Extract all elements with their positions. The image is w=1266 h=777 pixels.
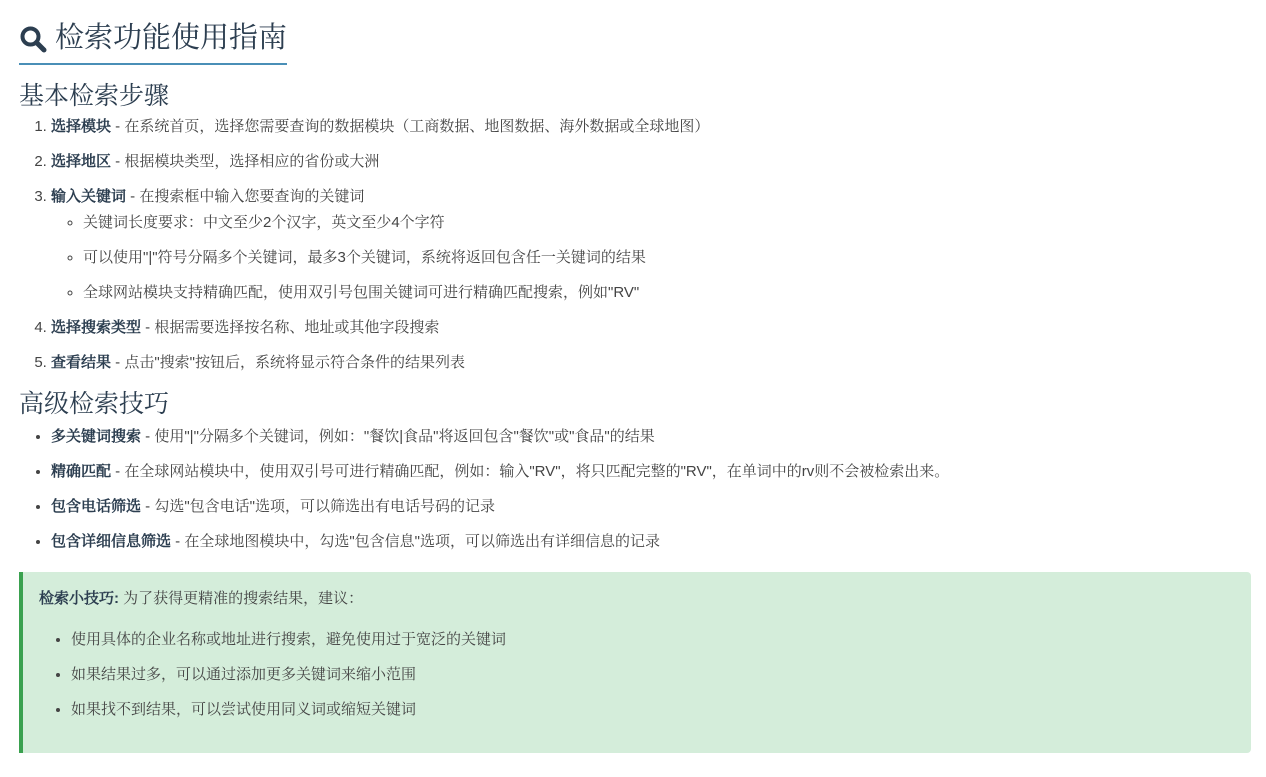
step-text: - 根据需要选择按名称、地址或其他字段搜索 (141, 319, 439, 336)
step-text: - 在系统首页，选择您需要查询的数据模块（工商数据、地图数据、海外数据或全球地图… (111, 118, 709, 135)
callout-label: 检索小技巧: (39, 590, 119, 607)
tip-item: 多关键词搜索 - 使用"|"分隔多个关键词，例如："餐饮|食品"将返回包含"餐饮… (51, 426, 1250, 447)
step-label: 选择搜索类型 (51, 319, 141, 336)
title-wrap: 检索功能使用指南 (19, 0, 1250, 65)
tip-item: 包含详细信息筛选 - 在全球地图模块中，勾选"包含信息"选项，可以筛选出有详细信… (51, 531, 1250, 552)
tip-text: - 在全球网站模块中，使用双引号可进行精确匹配，例如：输入"RV"，将只匹配完整… (111, 463, 949, 480)
search-tips-callout: 检索小技巧: 为了获得更精准的搜索结果，建议： 使用具体的企业名称或地址进行搜索… (19, 572, 1251, 753)
step-item: 选择地区 - 根据模块类型，选择相应的省份或大洲 (51, 151, 1250, 172)
callout-item: 如果找不到结果，可以尝试使用同义词或缩短关键词 (71, 699, 1235, 720)
step-item: 查看结果 - 点击"搜索"按钮后，系统将显示符合条件的结果列表 (51, 352, 1250, 373)
step-text: - 根据模块类型，选择相应的省份或大洲 (111, 153, 379, 170)
step-label: 选择模块 (51, 118, 111, 135)
step-text: - 在搜索框中输入您要查询的关键词 (126, 188, 364, 205)
tip-label: 包含详细信息筛选 (51, 533, 171, 550)
callout-list: 使用具体的企业名称或地址进行搜索，避免使用过于宽泛的关键词 如果结果过多，可以通… (39, 629, 1235, 720)
tip-text: - 勾选"包含电话"选项，可以筛选出有电话号码的记录 (141, 498, 495, 515)
sub-item: 关键词长度要求：中文至少2个汉字，英文至少4个字符 (83, 212, 1250, 233)
callout-intro: 为了获得更精准的搜索结果，建议： (119, 590, 363, 607)
callout-item: 如果结果过多，可以通过添加更多关键词来缩小范围 (71, 664, 1235, 685)
tip-text: - 在全球地图模块中，勾选"包含信息"选项，可以筛选出有详细信息的记录 (171, 533, 660, 550)
callout-item: 使用具体的企业名称或地址进行搜索，避免使用过于宽泛的关键词 (71, 629, 1235, 650)
tip-item: 包含电话筛选 - 勾选"包含电话"选项，可以筛选出有电话号码的记录 (51, 496, 1250, 517)
advanced-tips-heading: 高级检索技巧 (19, 387, 1250, 421)
keyword-rules-list: 关键词长度要求：中文至少2个汉字，英文至少4个字符 可以使用"|"符号分隔多个关… (51, 212, 1250, 303)
page-title: 检索功能使用指南 (19, 18, 287, 65)
basic-steps-list: 选择模块 - 在系统首页，选择您需要查询的数据模块（工商数据、地图数据、海外数据… (19, 116, 1250, 373)
sub-item: 可以使用"|"符号分隔多个关键词，最多3个关键词，系统将返回包含任一关键词的结果 (83, 247, 1250, 268)
step-text: - 点击"搜索"按钮后，系统将显示符合条件的结果列表 (111, 354, 465, 371)
sub-item: 全球网站模块支持精确匹配，使用双引号包围关键词可进行精确匹配搜索，例如"RV" (83, 282, 1250, 303)
callout-header: 检索小技巧: 为了获得更精准的搜索结果，建议： (39, 588, 1235, 609)
step-label: 输入关键词 (51, 188, 126, 205)
tip-text: - 使用"|"分隔多个关键词，例如："餐饮|食品"将返回包含"餐饮"或"食品"的… (141, 428, 655, 445)
step-item: 输入关键词 - 在搜索框中输入您要查询的关键词 关键词长度要求：中文至少2个汉字… (51, 186, 1250, 303)
tip-label: 多关键词搜索 (51, 428, 141, 445)
search-icon (19, 24, 47, 52)
advanced-tips-list: 多关键词搜索 - 使用"|"分隔多个关键词，例如："餐饮|食品"将返回包含"餐饮… (19, 426, 1250, 552)
step-label: 选择地区 (51, 153, 111, 170)
step-item: 选择模块 - 在系统首页，选择您需要查询的数据模块（工商数据、地图数据、海外数据… (51, 116, 1250, 137)
basic-steps-heading: 基本检索步骤 (19, 79, 1250, 113)
step-label: 查看结果 (51, 354, 111, 371)
page-title-text: 检索功能使用指南 (55, 18, 287, 58)
tip-label: 包含电话筛选 (51, 498, 141, 515)
guide-page: 检索功能使用指南 基本检索步骤 选择模块 - 在系统首页，选择您需要查询的数据模… (0, 0, 1266, 753)
step-item: 选择搜索类型 - 根据需要选择按名称、地址或其他字段搜索 (51, 317, 1250, 338)
tip-label: 精确匹配 (51, 463, 111, 480)
tip-item: 精确匹配 - 在全球网站模块中，使用双引号可进行精确匹配，例如：输入"RV"，将… (51, 461, 1250, 482)
